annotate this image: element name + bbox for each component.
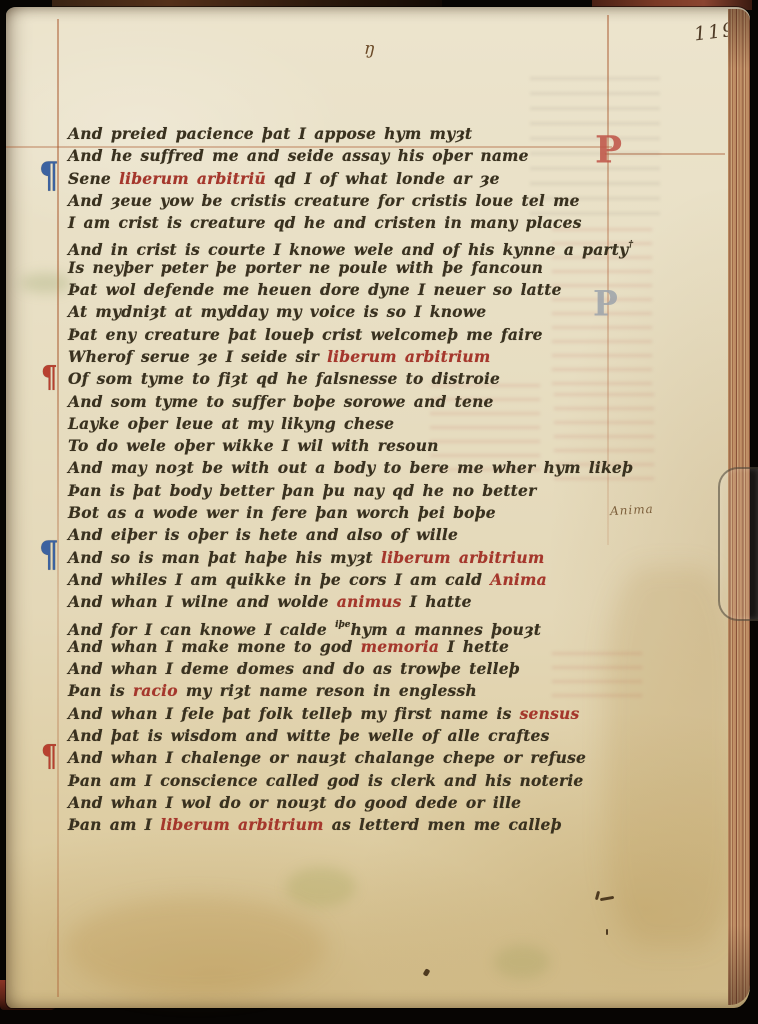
line-text: Sene xyxy=(68,169,119,188)
line-text: And whan I deme domes and do as trowþe t… xyxy=(68,659,520,678)
line-text: Þan am I xyxy=(68,815,160,834)
manuscript-line: And ȝeue yow be cristis creature for cri… xyxy=(68,190,668,212)
line-text: Þan is þat body better þan þu nay qd he … xyxy=(68,481,536,500)
line-text: To do wele oþer wikke I wil with resoun xyxy=(68,436,439,455)
rubric-text: memoria xyxy=(361,637,440,656)
manuscript-line: And for I can knowe I calde iþehym a man… xyxy=(68,614,668,636)
quire-signature: ŋ xyxy=(364,39,376,59)
rubric-text: liberum arbitrium xyxy=(160,815,323,834)
line-text: And whan I wol do or nouȝt do good dede … xyxy=(68,793,521,812)
manuscript-line: And preied pacience þat I appose hym myȝ… xyxy=(68,123,668,145)
line-text: Þan is xyxy=(68,681,133,700)
rubric-text: racio xyxy=(133,681,178,700)
line-text: And whan I fele þat folk telleþ my first… xyxy=(68,704,520,723)
rubric-text: liberum arbitrium xyxy=(327,347,490,366)
line-text: And whan I wilne and wolde xyxy=(68,592,337,611)
manuscript-text-block: And preied pacience þat I appose hym myȝ… xyxy=(68,123,668,837)
stain xyxy=(494,945,550,979)
manuscript-line: ¶Of som tyme to fiȝt qd he falsnesse to … xyxy=(68,368,668,390)
parchment-page: ŋ 119 P P Anima And preied pacience þat … xyxy=(6,7,750,1008)
manuscript-line: To do wele oþer wikke I wil with resoun xyxy=(68,435,668,457)
line-text: Þan am I conscience called god is clerk … xyxy=(68,771,584,790)
manuscript-line: ¶And whan I chalenge or nauȝt chalange c… xyxy=(68,747,668,769)
rubric-text: liberum arbitriū xyxy=(119,169,266,188)
ink-speck xyxy=(600,896,614,901)
page-clip xyxy=(718,467,758,621)
manuscript-line: Bot as a wode wer in fere þan worch þei … xyxy=(68,502,668,524)
interlinear-note: iþe xyxy=(335,620,350,630)
manuscript-photo: { "page": { "number": "119", "quire_mark… xyxy=(0,0,758,1024)
manuscript-line: And in crist is courte I knowe wele and … xyxy=(68,234,668,256)
interlinear-note: † xyxy=(628,240,633,250)
line-text: At mydniȝt at mydday my voice is so I kn… xyxy=(68,302,486,321)
line-text: Bot as a wode wer in fere þan worch þei … xyxy=(68,503,496,522)
line-text: And may noȝt be with out a body to bere … xyxy=(68,458,633,477)
manuscript-line: ¶And so is man þat haþe his myȝt liberum… xyxy=(68,547,668,569)
line-text: And þat is wisdom and witte þe welle of … xyxy=(68,726,550,745)
manuscript-line: Þan is þat body better þan þu nay qd he … xyxy=(68,480,668,502)
manuscript-line: And eiþer is oþer is hete and also of wi… xyxy=(68,524,668,546)
manuscript-line: And whan I wol do or nouȝt do good dede … xyxy=(68,792,668,814)
manuscript-line: Þat wol defende me heuen dore dyne I neu… xyxy=(68,279,668,301)
manuscript-line: And whan I deme domes and do as trowþe t… xyxy=(68,658,668,680)
manuscript-line: At mydniȝt at mydday my voice is so I kn… xyxy=(68,301,668,323)
manuscript-line: Layke oþer leue at my likyng chese xyxy=(68,413,668,435)
manuscript-line: And whan I make mone to god memoria I he… xyxy=(68,636,668,658)
manuscript-line: And som tyme to suffer boþe sorowe and t… xyxy=(68,391,668,413)
paraph-mark-red: ¶ xyxy=(41,366,58,391)
stain xyxy=(286,867,356,907)
line-text: Of som tyme to fiȝt qd he falsnesse to d… xyxy=(68,369,500,388)
manuscript-line: Wherof serue ȝe I seide sir liberum arbi… xyxy=(68,346,668,368)
line-text: And preied pacience þat I appose hym myȝ… xyxy=(68,124,472,143)
line-text: And he suffred me and seide assay his oþ… xyxy=(68,146,529,165)
ink-speck xyxy=(423,968,431,977)
line-text: Layke oþer leue at my likyng chese xyxy=(68,414,394,433)
manuscript-line: And þat is wisdom and witte þe welle of … xyxy=(68,725,668,747)
stain xyxy=(66,897,326,997)
ink-speck xyxy=(606,929,608,935)
rubric-text: sensus xyxy=(520,704,580,723)
line-text: I hatte xyxy=(402,592,472,611)
line-text: And som tyme to suffer boþe sorowe and t… xyxy=(68,392,494,411)
manuscript-line: And he suffred me and seide assay his oþ… xyxy=(68,145,668,167)
line-text: qd I of what londe ar ȝe xyxy=(266,169,500,188)
paraph-mark-blue: ¶ xyxy=(39,542,59,567)
line-text: And whiles I am quikke in þe cors I am c… xyxy=(68,570,490,589)
line-text: And so is man þat haþe his myȝt xyxy=(68,548,381,567)
paraph-mark-red: ¶ xyxy=(41,745,58,770)
manuscript-line: Þat eny creature þat loueþ crist welcome… xyxy=(68,324,668,346)
manuscript-line: ¶Sene liberum arbitriū qd I of what lond… xyxy=(68,168,668,190)
manuscript-line: And whan I wilne and wolde animus I hatt… xyxy=(68,591,668,613)
manuscript-line: Is neyþer peter þe porter ne poule with … xyxy=(68,257,668,279)
manuscript-line: Þan am I liberum arbitrium as letterd me… xyxy=(68,814,668,836)
manuscript-line: Þan am I conscience called god is clerk … xyxy=(68,770,668,792)
line-text: And eiþer is oþer is hete and also of wi… xyxy=(68,525,458,544)
line-text: I hette xyxy=(439,637,509,656)
rubric-text: liberum arbitrium xyxy=(381,548,544,567)
line-text: And whan I chalenge or nauȝt chalange ch… xyxy=(68,748,586,767)
line-text: as letterd men me calleþ xyxy=(324,815,562,834)
stain xyxy=(20,273,72,293)
line-text: Is neyþer peter þe porter ne poule with … xyxy=(68,258,543,277)
line-text: And ȝeue yow be cristis creature for cri… xyxy=(68,191,580,210)
manuscript-line: And may noȝt be with out a body to bere … xyxy=(68,457,668,479)
line-text: my riȝt name reson in englessh xyxy=(178,681,477,700)
manuscript-line: I am crist is creature qd he and cristen… xyxy=(68,212,668,234)
line-text: Þat wol defende me heuen dore dyne I neu… xyxy=(68,280,562,299)
paraph-mark-blue: ¶ xyxy=(39,163,59,188)
manuscript-line: And whiles I am quikke in þe cors I am c… xyxy=(68,569,668,591)
line-text: Þat eny creature þat loueþ crist welcome… xyxy=(68,325,543,344)
line-text: Wherof serue ȝe I seide sir xyxy=(68,347,327,366)
line-text: And whan I make mone to god xyxy=(68,637,361,656)
rubric-text: Anima xyxy=(490,570,547,589)
manuscript-line: Þan is racio my riȝt name reson in engle… xyxy=(68,680,668,702)
manuscript-line: And whan I fele þat folk telleþ my first… xyxy=(68,703,668,725)
rubric-text: animus xyxy=(337,592,402,611)
line-text: I am crist is creature qd he and cristen… xyxy=(68,213,582,232)
